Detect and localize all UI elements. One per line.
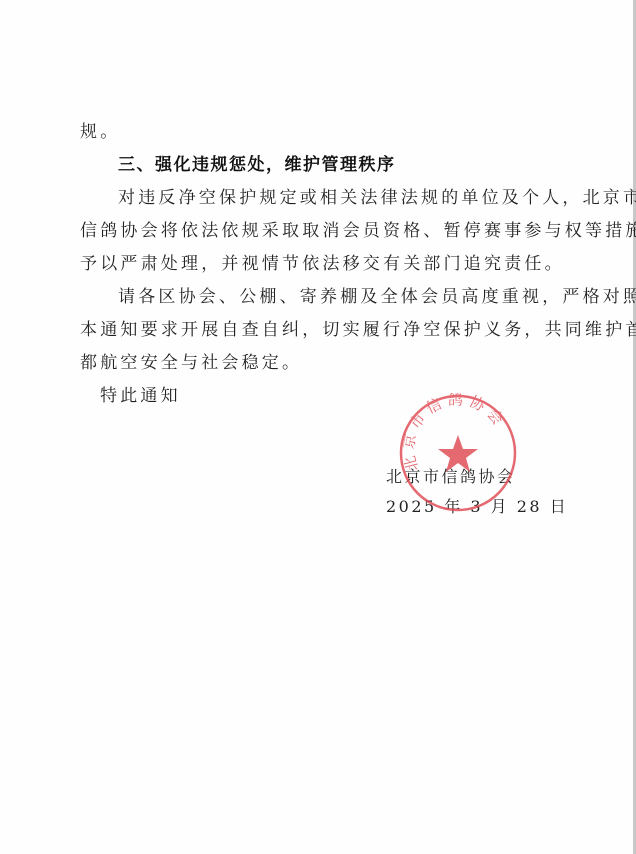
continuation-text: 规。	[80, 120, 120, 144]
paragraph2-line: 本通知要求开展自查自纠，切实履行净空保护义务，共同维护首	[80, 318, 636, 342]
section-heading: 三、强化违规惩处，维护管理秩序	[118, 153, 396, 177]
official-seal-icon: 北京市信鸽协会	[398, 393, 518, 513]
paragraph1-line: 对违反净空保护规定或相关法律法规的单位及个人，北京市	[118, 186, 636, 210]
paragraph1-line: 予以严肃处理，并视情节依法移交有关部门追究责任。	[80, 252, 565, 276]
paragraph2-line: 请各区协会、公棚、寄养棚及全体会员高度重视，严格对照	[118, 285, 636, 309]
paragraph2-line: 都航空安全与社会稳定。	[80, 351, 302, 375]
paragraph1-line: 信鸽协会将依法依规采取取消会员资格、暂停赛事参与权等措施	[80, 219, 636, 243]
closing-text: 特此通知	[100, 384, 181, 408]
